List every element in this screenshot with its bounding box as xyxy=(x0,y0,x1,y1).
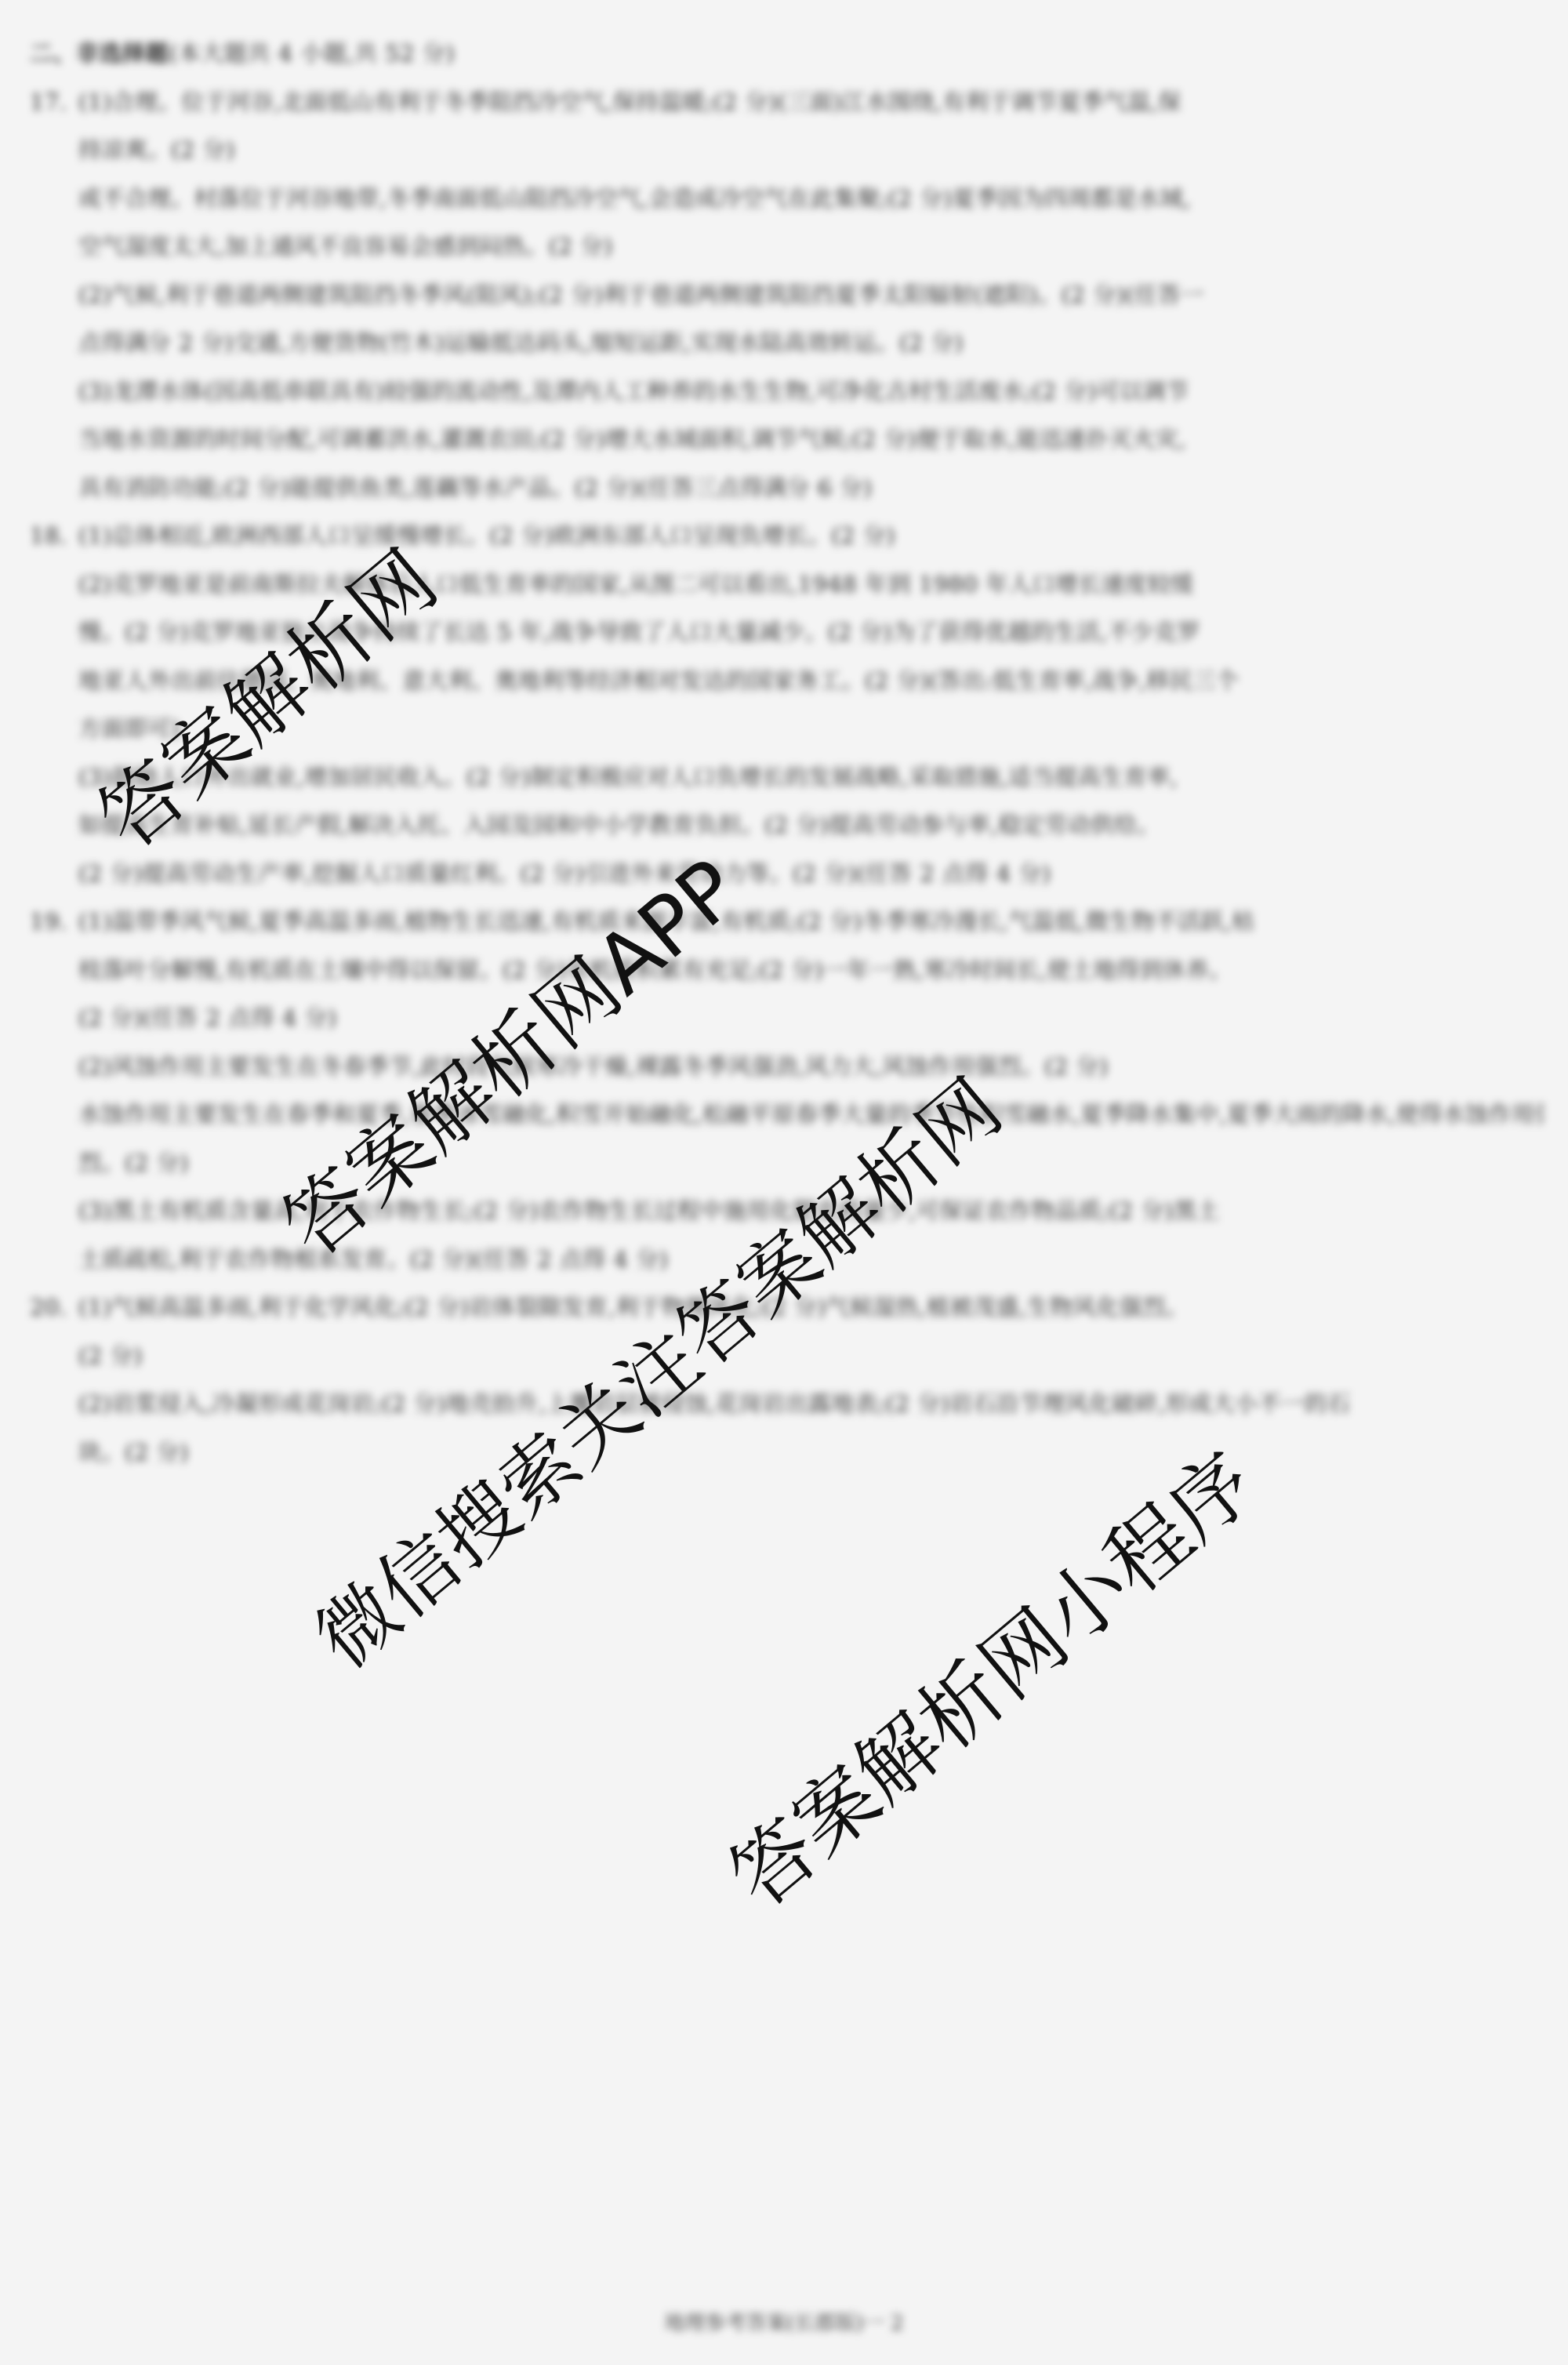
section-heading-label: 二、非选择题 xyxy=(30,40,169,67)
section-heading: 二、非选择题(本大题共 4 小题,共 52 分) xyxy=(30,30,1543,78)
answer-text: (2 分)(任答 2 点得 4 分) xyxy=(78,1004,337,1031)
answer-line: 块。(2 分) xyxy=(30,1429,1543,1477)
answer-text: 具有消防功能;(2 分)能提供鱼类,莲藕等水产品。(2 分)(任答三点得满分 6… xyxy=(78,474,873,501)
answer-line: 18.(1)总体相近,欧洲西部人口呈缓慢增长。(2 分)欧洲东部人口呈现负增长。… xyxy=(30,512,1543,561)
answer-text: 持凉爽。(2 分) xyxy=(78,136,235,163)
answer-text: (1)合理。位于河谷,北面低山有利于冬季阻挡冷空气,保持温暖;(2 分)(三面)… xyxy=(78,89,1181,115)
answer-line: 17.(1)合理。位于河谷,北面低山有利于冬季阻挡冷空气,保持温暖;(2 分)(… xyxy=(30,78,1543,127)
answer-text: (3)龙潭水体(因高低串联具有)较强的流动性,及潭内人工种养的水生生物,可净化古… xyxy=(78,378,1189,405)
question-number: 20. xyxy=(30,1284,78,1332)
answer-line: (2 分)(任答 2 点得 4 分) xyxy=(30,994,1543,1043)
answer-line: 枝落叶分解慢,有机质在土壤中得以保留。(2 分)有机质积累有充足;(2 分)一年… xyxy=(30,946,1543,995)
answer-line: (2 分)提高劳动生产率,挖掘人口质量红利。(2 分)引进外来劳动力等。(2 分… xyxy=(30,850,1543,899)
answer-text: (2 分)提高劳动生产率,挖掘人口质量红利。(2 分)引进外来劳动力等。(2 分… xyxy=(78,860,1051,887)
question-17: 17.(1)合理。位于河谷,北面低山有利于冬季阻挡冷空气,保持温暖;(2 分)(… xyxy=(30,78,1543,513)
watermark: 答案解析网小程序 xyxy=(701,1419,1276,1929)
answer-text: 水蚀作用主要发生在春季和夏季,春季冰雪融化,积雪开始融化,松融平原春季大量的季节… xyxy=(78,1101,1543,1128)
answer-text: 烈。(2 分) xyxy=(78,1150,189,1176)
answer-text: (2)气候,利于巷道两侧建筑阻挡冬季风(阻风);(2 分)利于巷道两侧建筑阻挡夏… xyxy=(78,282,1204,308)
answer-line: 具有消防功能;(2 分)能提供鱼类,莲藕等水产品。(2 分)(任答三点得满分 6… xyxy=(30,464,1543,513)
answer-line: 当地水资源的时间分配,可调蓄洪水,灌溉农田;(2 分)增大水域面积,调节气候;(… xyxy=(30,416,1543,464)
answer-text: 空气湿度太大,加上通风不良容易会感到闷热。(2 分) xyxy=(78,233,613,260)
answer-text: 点得满分 2 分)交通,方便货物(竹木)运输抵达码头,缩短运距,实现水陆高效转运… xyxy=(78,329,964,356)
answer-text: 块。(2 分) xyxy=(78,1439,189,1466)
answer-line: (2 分) xyxy=(30,1332,1543,1381)
answer-text: 土质疏松,利于农作物根系发育。(2 分)(任答 2 点得 4 分) xyxy=(78,1246,668,1273)
answer-line: (2)克罗地亚是前南斯拉夫解体后人口低生育率的国家,从图二可以看出,1948 年… xyxy=(30,561,1543,609)
question-number: 17. xyxy=(30,78,78,127)
question-number: 19. xyxy=(30,898,78,946)
page-footer: 地理参考答案(长郡版)一 2 xyxy=(0,2307,1568,2336)
document-page: 二、非选择题(本大题共 4 小题,共 52 分) 17.(1)合理。位于河谷,北… xyxy=(0,0,1568,2365)
answer-text: (2 分) xyxy=(78,1342,143,1369)
answer-line: 或不合理。村落位于河谷地带,冬季南面低山阻挡冷空气,会造成冷空气在此集聚;(2 … xyxy=(30,175,1543,223)
answer-line: 水蚀作用主要发生在春季和夏季,春季冰雪融化,积雪开始融化,松融平原春季大量的季节… xyxy=(30,1091,1543,1139)
answer-line: (2)风蚀作用主要发生在冬春季节,此时段气候寒冷干燥,裸露冬季风强劲,风力大,风… xyxy=(30,1043,1543,1092)
answer-line: (3)龙潭水体(因高低串联具有)较强的流动性,及潭内人工种养的水生生物,可净化古… xyxy=(30,368,1543,416)
answer-text: 当地水资源的时间分配,可调蓄洪水,灌溉农田;(2 分)增大水域面积,调节气候;(… xyxy=(78,426,1186,452)
answer-text: (2)克罗地亚是前南斯拉夫解体后人口低生育率的国家,从图二可以看出,1948 年… xyxy=(78,571,1194,598)
section-heading-note: (本大题共 4 小题,共 52 分) xyxy=(169,40,455,67)
answer-line: 空气湿度太大,加上通风不良容易会感到闷热。(2 分) xyxy=(30,223,1543,271)
answer-text: (2)岩浆侵入,冷凝形成花岗岩;(2 分)地壳抬升,上覆岩层被侵蚀,花岗岩出露地… xyxy=(78,1390,1351,1417)
answer-line: 19.(1)温带季风气候,夏季高温多雨,植物生长迅速,有机质来源丰富,有机质;(… xyxy=(30,898,1543,946)
answer-line: 持凉爽。(2 分) xyxy=(30,126,1543,175)
answer-text: 如提高生育补贴,延长产假,解决入托、入园及园和中小学教育负担。(2 分)提高劳动… xyxy=(78,812,1160,838)
answer-text: (3)黑土有机质含量高,利于农作物生长;(2 分)农作物生长过程中施用化肥农药量… xyxy=(78,1197,1220,1224)
answer-line: 点得满分 2 分)交通,方便货物(竹木)运输抵达码头,缩短运距,实现水陆高效转运… xyxy=(30,319,1543,368)
answer-text: 或不合理。村落位于河谷地带,冬季南面低山阻挡冷空气,会造成冷空气在此集聚;(2 … xyxy=(78,185,1191,212)
answer-line: (2)岩浆侵入,冷凝形成花岗岩;(2 分)地壳抬升,上覆岩层被侵蚀,花岗岩出露地… xyxy=(30,1380,1543,1429)
question-number: 18. xyxy=(30,512,78,561)
answer-text: (1)总体相近,欧洲西部人口呈缓慢增长。(2 分)欧洲东部人口呈现负增长。(2 … xyxy=(78,522,895,549)
answer-line: 如提高生育补贴,延长产假,解决入托、入园及园和中小学教育负担。(2 分)提高劳动… xyxy=(30,801,1543,850)
answer-line: (2)气候,利于巷道两侧建筑阻挡冬季风(阻风);(2 分)利于巷道两侧建筑阻挡夏… xyxy=(30,271,1543,320)
answer-line: 烈。(2 分) xyxy=(30,1139,1543,1188)
